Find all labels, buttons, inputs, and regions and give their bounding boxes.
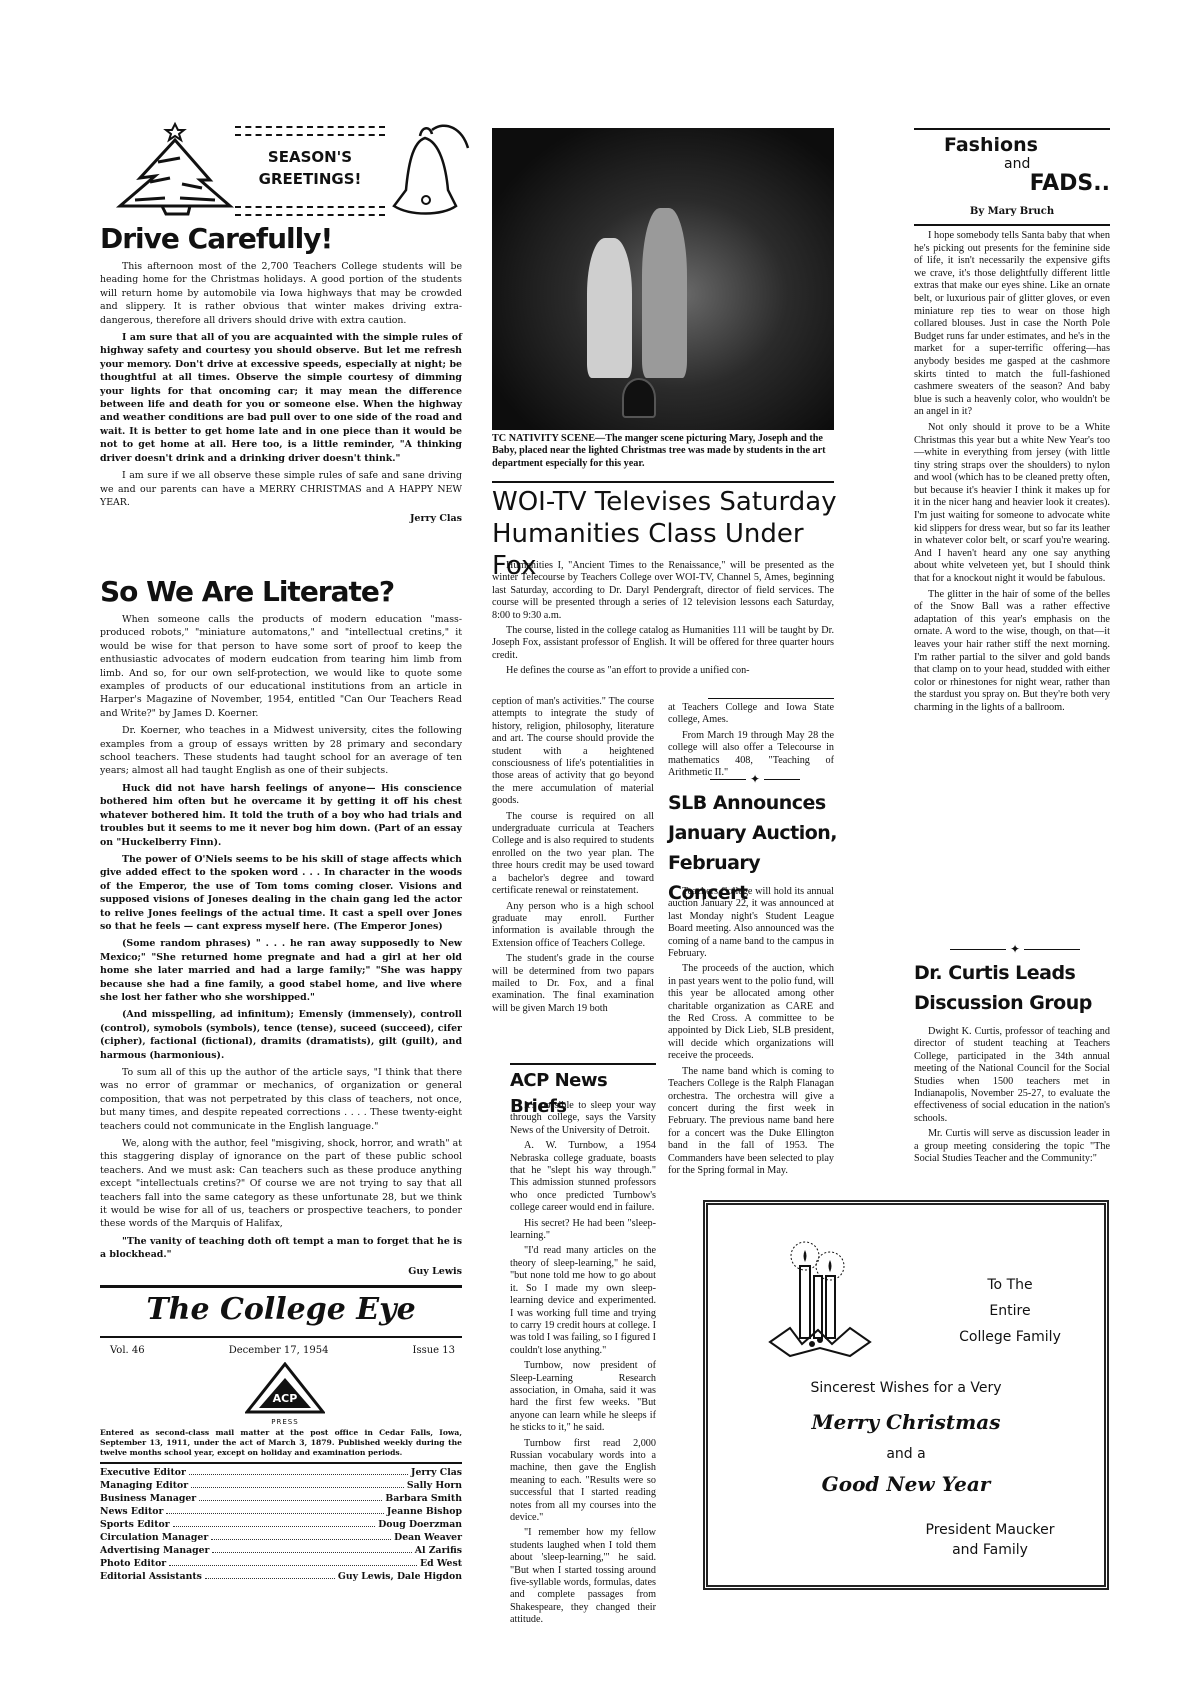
paragraph: ception of man's activities." The course… [492,696,654,808]
issue-number: Issue 13 [413,1345,455,1356]
woi-body-left: ception of man's activities." The course… [492,696,654,1018]
paragraph: When someone calls the products of moder… [100,613,462,720]
paragraph: The course, listed in the college catalo… [492,625,834,662]
greeting-ad-good-new-year: Good New Year [703,1472,1109,1496]
staff-row: Editorial AssistantsGuy Lewis, Dale Higd… [100,1570,462,1583]
quoted-paragraph: Huck did not have harsh feelings of anyo… [100,782,462,849]
caption-lead: TC NATIVITY SCENE— [492,433,605,444]
greeting-ad-merry-christmas: Merry Christmas [703,1410,1109,1434]
paragraph: I am sure that all of you are acquainted… [100,331,462,465]
article-body: When someone calls the products of moder… [100,613,462,1262]
christmas-tree-icon [110,118,240,218]
staff-box: Executive EditorJerry Clas Managing Edit… [100,1466,462,1583]
paragraph: I hope somebody tells Santa baby that wh… [914,230,1110,419]
seasons-greetings-banner: SEASON'S GREETINGS! [110,118,460,218]
decorative-border-top [235,126,385,136]
paragraph: The name band which is coming to Teacher… [668,1066,834,1178]
ad-line: President Maucker [900,1520,1080,1540]
paragraph: Humanities I, "Ancient Times to the Rena… [492,560,834,622]
acp-triangle-icon: ACP [245,1362,325,1414]
paragraph: The proceeds of the auction, which in pa… [668,963,834,1062]
staff-row: Managing EditorSally Horn [100,1479,462,1492]
paragraph: Turnbow, now president of Sleep-Learning… [510,1360,656,1434]
staff-row: Advertising ManagerAl Zarifis [100,1544,462,1557]
literate-article: So We Are Literate? When someone calls t… [100,575,462,1277]
headline-line-1: Dr. Curtis Leads [914,958,1114,988]
fashions-body: I hope somebody tells Santa baby that wh… [914,230,1110,718]
masthead-rule-bottom [100,1336,462,1338]
tree-ornament-icon: ✦ [750,772,760,786]
headline-line-1: SLB Announces [668,788,844,818]
quoted-paragraph: (Some random phrases) " . . . he ran awa… [100,937,462,1004]
paragraph: The glitter in the hair of some of the b… [914,589,1110,715]
paragraph: Turnbow first read 2,000 Russian vocabul… [510,1438,656,1525]
paragraph: Teachers College will hold its annual au… [668,886,834,960]
article-headline: So We Are Literate? [100,575,462,609]
masthead-rule-top [100,1285,462,1288]
staff-row: Sports EditorDoug Doerzman [100,1518,462,1531]
headline-line-2: January Auction, [668,818,844,848]
mary-figure [587,238,632,378]
paragraph: It's possible to sleep your way through … [510,1100,656,1137]
staff-row: Business ManagerBarbara Smith [100,1492,462,1505]
paragraph: Any person who is a high school graduate… [492,901,654,951]
paragraph: "I remember how my fellow students laugh… [510,1527,656,1626]
headline-line-1: WOI-TV Televises Saturday [492,486,842,518]
staff-rule [100,1462,462,1464]
headline-line-2: and [914,156,1110,172]
curtis-headline: Dr. Curtis Leads Discussion Group [914,958,1114,1018]
drive-carefully-article: Drive Carefully! This afternoon most of … [100,222,462,524]
tree-ornament-icon: ✦ [1010,942,1020,956]
paragraph: at Teachers College and Iowa State colle… [668,702,834,727]
paragraph: This afternoon most of the 2,700 Teacher… [100,260,462,327]
paragraph: Mr. Curtis will serve as discussion lead… [914,1128,1110,1165]
staff-row: Photo EditorEd West [100,1557,462,1570]
fashions-headline: Fashions and FADS.. [914,134,1110,196]
ad-line: College Family [940,1324,1080,1350]
paragraph: We, along with the author, feel "misgivi… [100,1137,462,1231]
joseph-figure [642,208,687,378]
paragraph: Dr. Koerner, who teaches in a Midwest un… [100,724,462,778]
woi-body-wide: Humanities I, "Ancient Times to the Rena… [492,560,834,678]
quoted-paragraph: The power of O'Niels seems to be his ski… [100,853,462,933]
masthead-title: The College Eye [100,1290,462,1330]
volume: Vol. 46 [110,1345,145,1356]
issue-date: December 17, 1954 [229,1345,329,1356]
greeting-ad-signature: President Maucker and Family [900,1520,1080,1560]
ad-line: Entire [940,1298,1080,1324]
acp-logo: ACP PRESS [245,1362,325,1424]
paragraph: I am sure if we all observe these simple… [100,469,462,509]
fashions-byline: By Mary Bruch [914,206,1110,217]
paragraph: "I'd read many articles on the theory of… [510,1245,656,1357]
byline: Jerry Clas [100,513,462,524]
paragraph: He defines the course as "an effort to p… [492,665,834,677]
paragraph: His secret? He had been "sleep-learning.… [510,1218,656,1243]
greeting-ad-and-a: and a [703,1446,1109,1462]
candles-holly-icon [760,1232,890,1362]
paragraph: Not only should it prove to be a White C… [914,422,1110,586]
decorative-border-bottom [235,206,385,216]
svg-text:ACP: ACP [273,1392,298,1405]
byline: Guy Lewis [100,1266,462,1277]
paragraph: To sum all of this up the author of the … [100,1066,462,1133]
article-headline: Drive Carefully! [100,222,462,256]
ad-line: and Family [900,1540,1080,1560]
caption-rule [492,481,834,483]
quote: "The vanity of teaching doth oft tempt a… [100,1235,462,1262]
paragraph: The student's grade in the course will b… [492,953,654,1015]
entry-notice: Entered as second-class mail matter at t… [100,1428,462,1458]
staff-row: News EditorJeanne Bishop [100,1505,462,1518]
ad-line: To The [940,1272,1080,1298]
nativity-scene-photo [492,128,834,430]
greeting-ad-recipient: To The Entire College Family [940,1272,1080,1350]
greeting-ad-wishes: Sincerest Wishes for a Very [703,1380,1109,1396]
headline-line-3: FADS.. [914,172,1110,196]
fashions-rule-byline [914,224,1110,226]
photo-caption: TC NATIVITY SCENE—The manger scene pictu… [492,433,834,470]
acp-briefs-rule [510,1063,656,1065]
acp-briefs-body: It's possible to sleep your way through … [510,1100,656,1630]
bells-icon [390,118,470,218]
fashions-rule-top [914,128,1110,130]
slb-body: Teachers College will hold its annual au… [668,886,834,1180]
staff-row: Executive EditorJerry Clas [100,1466,462,1479]
acp-press-label: PRESS [245,1418,325,1426]
paragraph: Dwight K. Curtis, professor of teaching … [914,1026,1110,1125]
greeting-line-2: GREETINGS! [235,168,385,190]
ornament-divider: ✦ [940,942,1090,956]
quoted-paragraph: (And misspelling, ad infinitum); Emensly… [100,1008,462,1062]
headline-line-2: Discussion Group [914,988,1114,1018]
paragraph: A. W. Turnbow, a 1954 Nebraska college g… [510,1140,656,1214]
greeting-line-1: SEASON'S [235,146,385,168]
ornament-divider: ✦ [700,772,810,786]
manger [622,378,656,418]
staff-row: Circulation ManagerDean Weaver [100,1531,462,1544]
masthead-info: Vol. 46 December 17, 1954 Issue 13 [110,1345,455,1356]
column-rule [708,698,834,699]
paragraph: The course is required on all undergradu… [492,811,654,898]
seasons-greetings-text: SEASON'S GREETINGS! [235,146,385,190]
curtis-body: Dwight K. Curtis, professor of teaching … [914,1026,1110,1168]
article-body: This afternoon most of the 2,700 Teacher… [100,260,462,509]
woi-body-right: at Teachers College and Iowa State colle… [668,702,834,782]
headline-line-1: Fashions [914,134,1110,156]
